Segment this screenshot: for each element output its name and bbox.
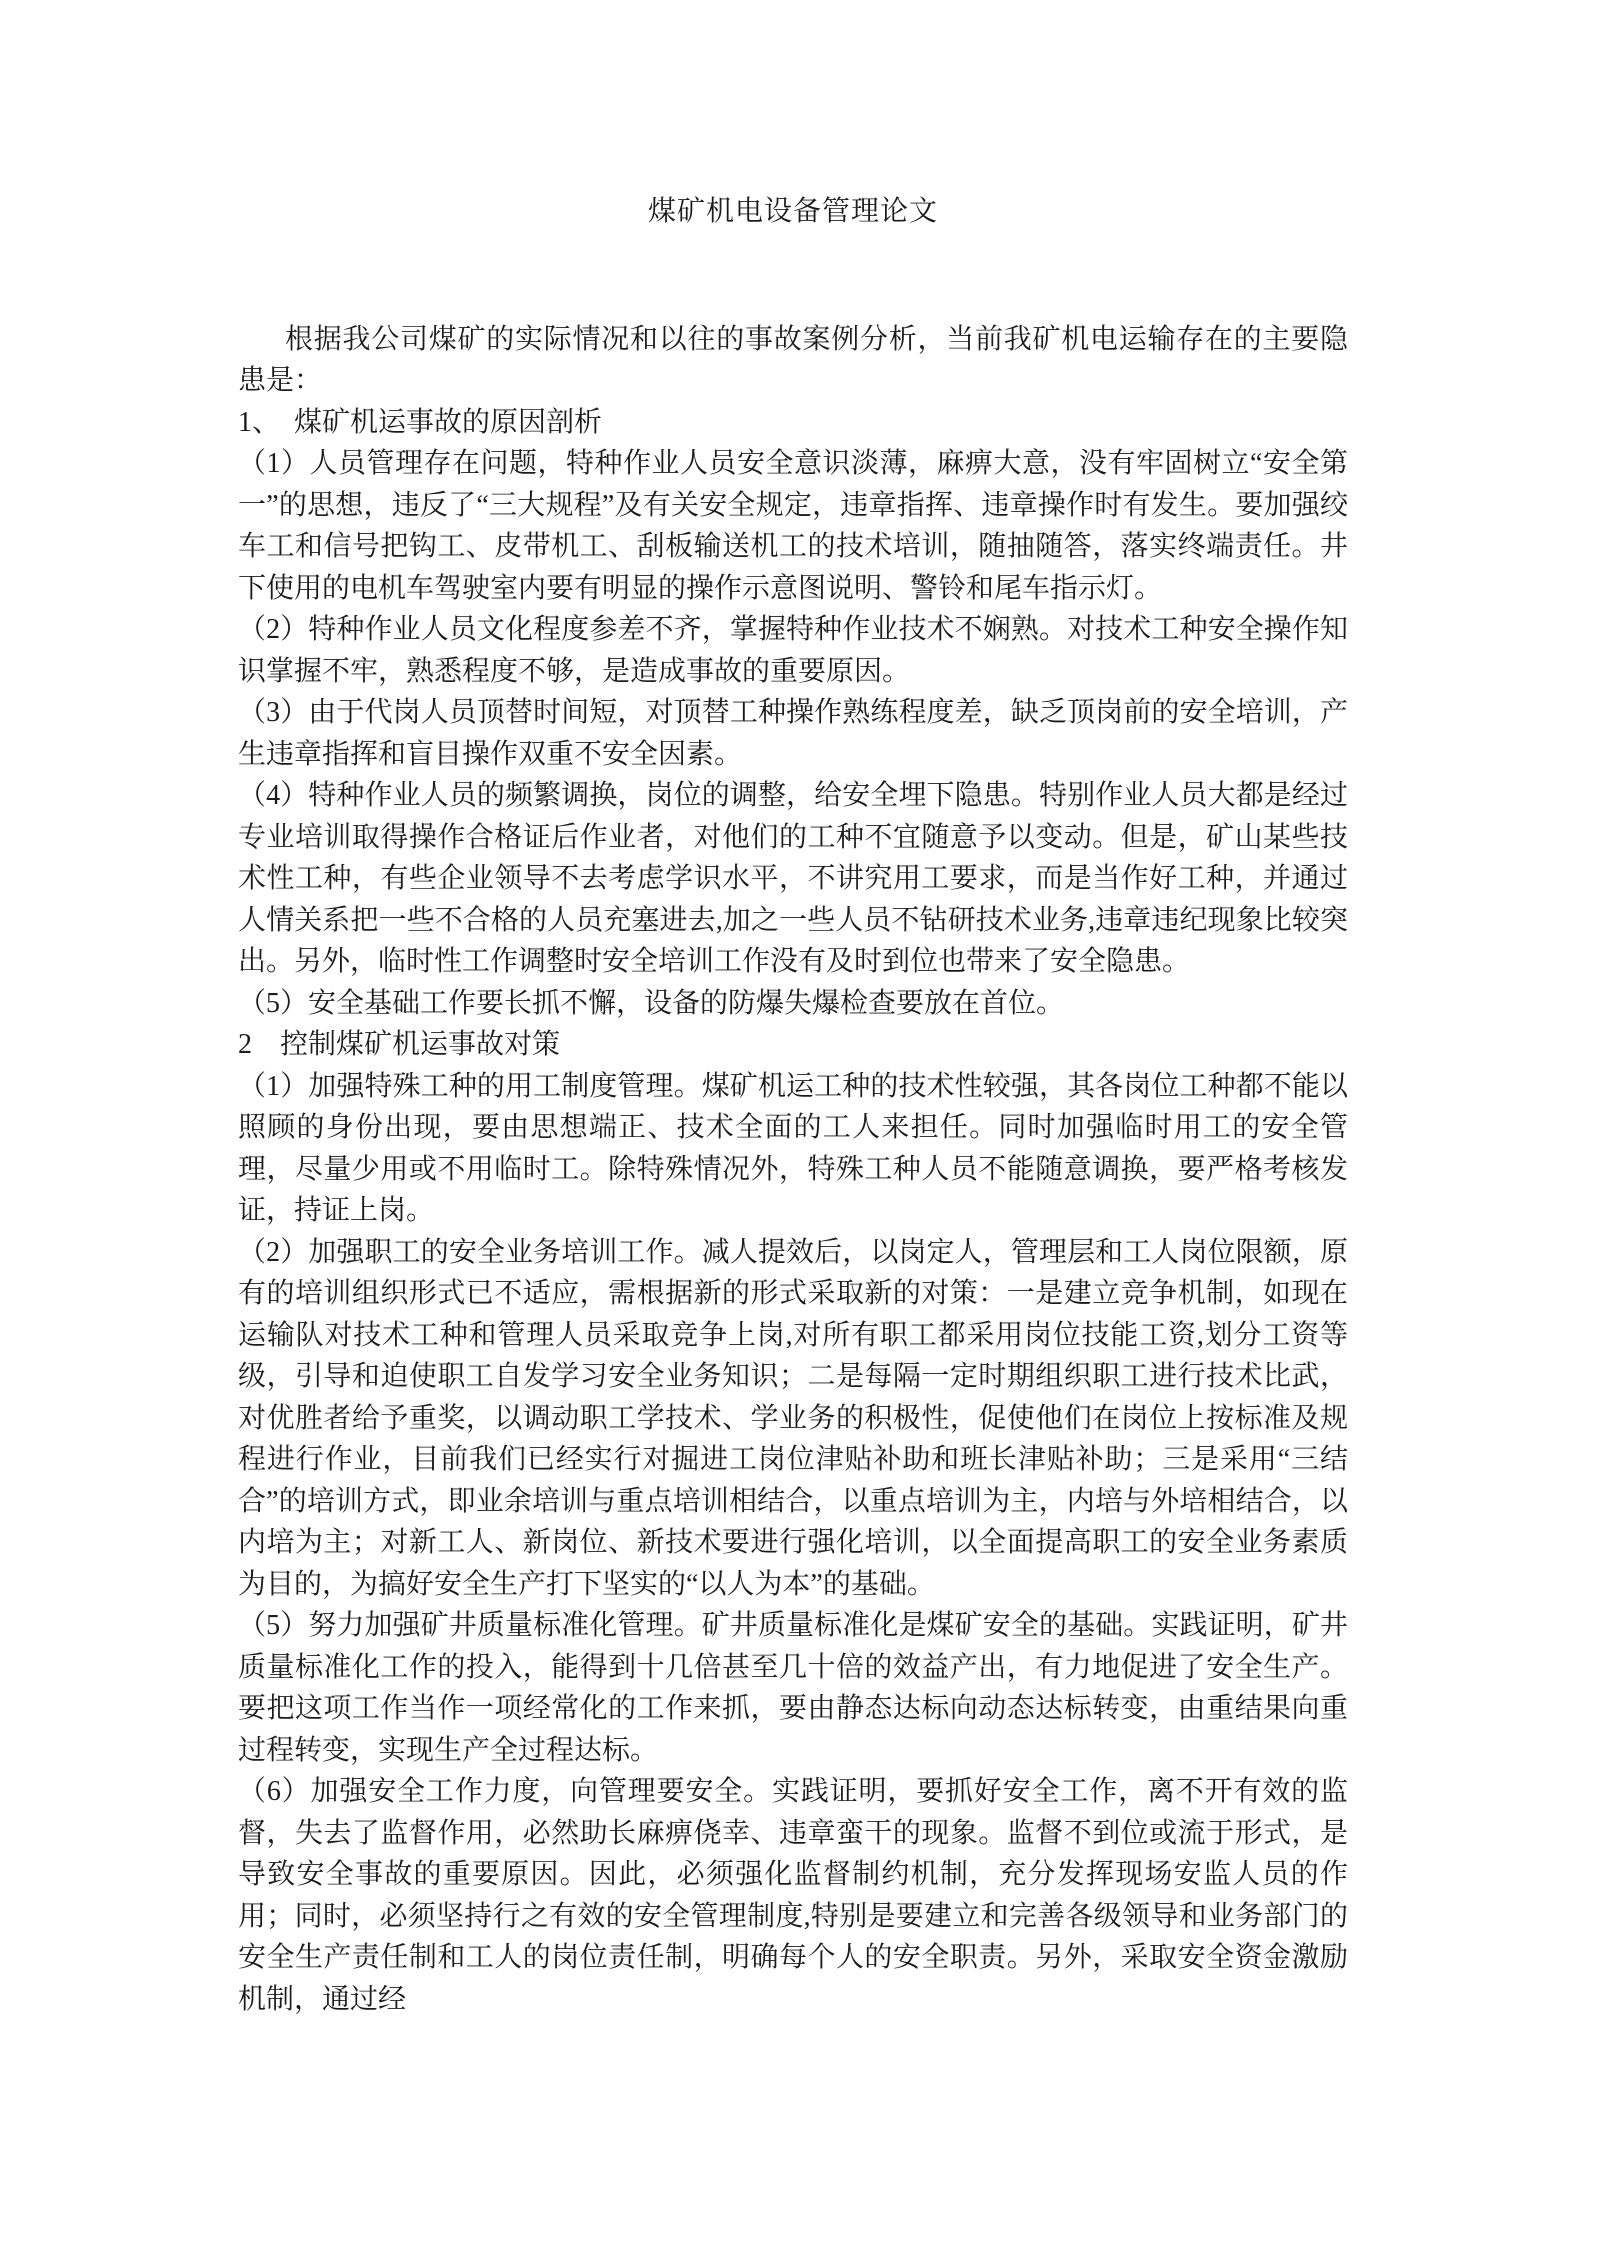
body-paragraph: （2）加强职工的安全业务培训工作。减人提效后，以岗定人，管理层和工人岗位限额，原… <box>238 1232 1348 1606</box>
document-content: 煤矿机电设备管理论文 根据我公司煤矿的实际情况和以往的事故案例分析，当前我矿机电… <box>238 0 1348 2020</box>
body-paragraph: 根据我公司煤矿的实际情况和以往的事故案例分析，当前我矿机电运输存在的主要隐患是： <box>238 319 1348 402</box>
body-paragraph: （3）由于代岗人员顶替时间短，对顶替工种操作熟练程度差，缺乏顶岗前的安全培训，产… <box>238 692 1348 775</box>
section-heading: 2 控制煤矿机运事故对策 <box>238 1024 1348 1066</box>
section-heading: 1、 煤矿机运事故的原因剖析 <box>238 402 1348 444</box>
body-paragraph: （6）加强安全工作力度，向管理要安全。实践证明，要抓好安全工作，离不开有效的监督… <box>238 1771 1348 2020</box>
body-paragraph: （1）加强特殊工种的用工制度管理。煤矿机运工种的技术性较强，其各岗位工种都不能以… <box>238 1066 1348 1232</box>
body-paragraph: （4）特种作业人员的频繁调换，岗位的调整，给安全埋下隐患。特别作业人员大都是经过… <box>238 775 1348 983</box>
document-body: 根据我公司煤矿的实际情况和以往的事故案例分析，当前我矿机电运输存在的主要隐患是：… <box>238 319 1348 2021</box>
body-paragraph: （2）特种作业人员文化程度参差不齐，掌握特种作业技术不娴熟。对技术工种安全操作知… <box>238 609 1348 692</box>
page-title: 煤矿机电设备管理论文 <box>238 0 1348 233</box>
document-page: 煤矿机电设备管理论文 根据我公司煤矿的实际情况和以往的事故案例分析，当前我矿机电… <box>0 0 1598 2246</box>
body-paragraph: （5）努力加强矿井质量标准化管理。矿井质量标准化是煤矿安全的基础。实践证明，矿井… <box>238 1605 1348 1771</box>
body-paragraph: （5）安全基础工作要长抓不懈，设备的防爆失爆检查要放在首位。 <box>238 983 1348 1025</box>
body-paragraph: （1）人员管理存在问题，特种作业人员安全意识淡薄，麻痹大意，没有牢固树立“安全第… <box>238 443 1348 609</box>
